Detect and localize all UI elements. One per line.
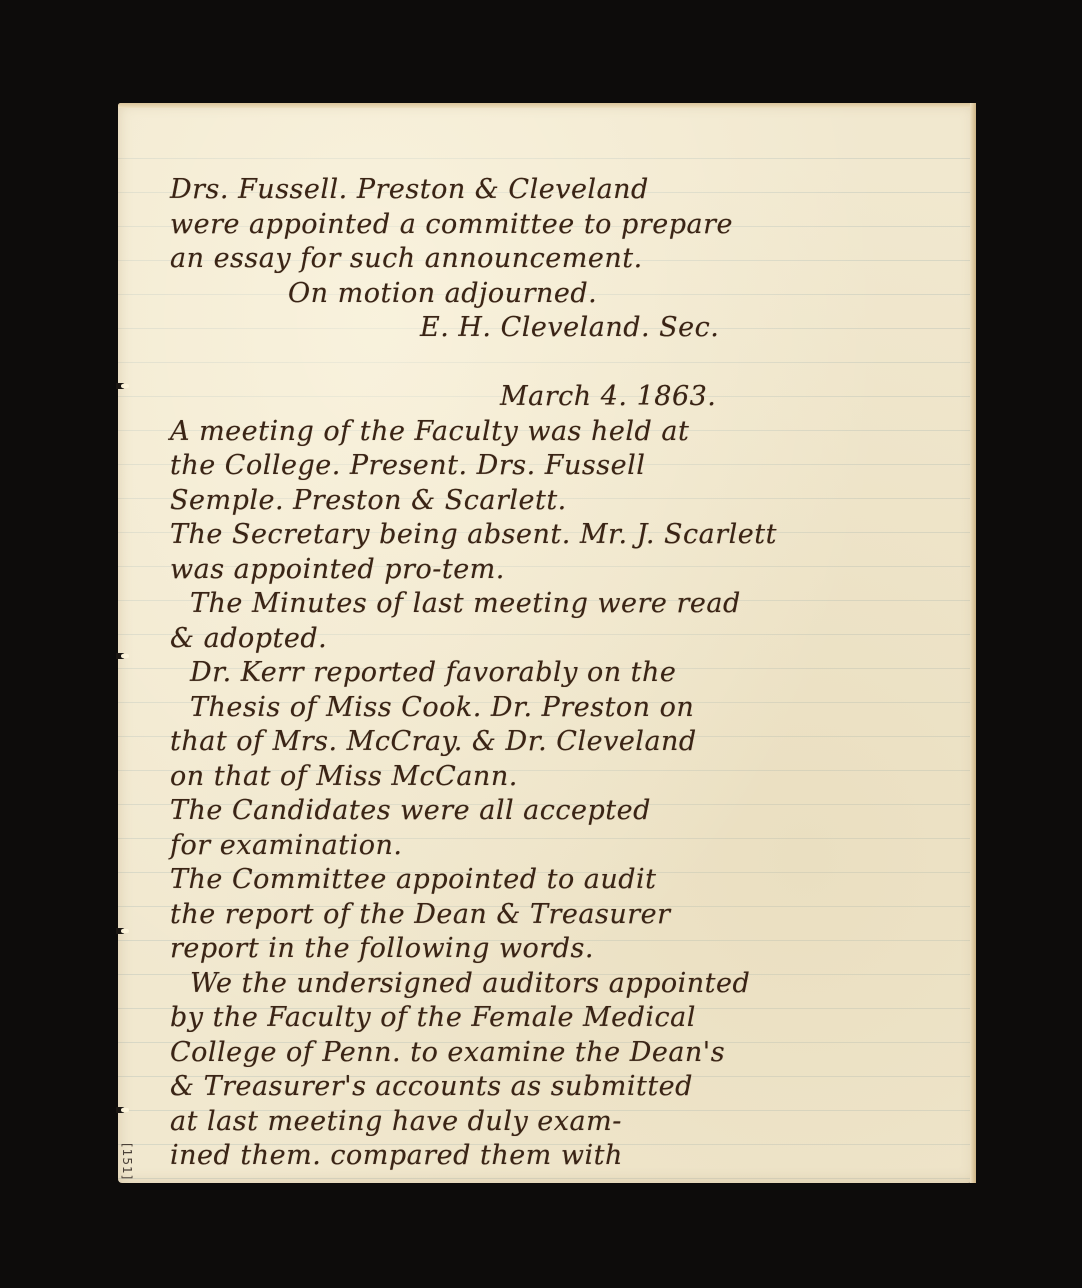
text-line: We the undersigned auditors appointed: [170, 967, 950, 1002]
text-line: was appointed pro-tem.: [170, 553, 950, 588]
text-line: A meeting of the Faculty was held at: [170, 415, 950, 450]
text-line: Thesis of Miss Cook. Dr. Preston on: [170, 691, 950, 726]
text-line: The Secretary being absent. Mr. J. Scarl…: [170, 518, 950, 553]
manuscript-page: Drs. Fussell. Preston & Cleveland were a…: [118, 103, 976, 1183]
text-line: The Minutes of last meeting were read: [170, 587, 950, 622]
signature-line: E. H. Cleveland. Sec.: [170, 311, 950, 346]
text-line: & adopted.: [170, 622, 950, 657]
text-line: & Treasurer's accounts as submitted: [170, 1070, 950, 1105]
text-line: the College. Present. Drs. Fussell: [170, 449, 950, 484]
page-right-edge: [970, 103, 976, 1183]
binding-notch: [116, 383, 125, 389]
binding-notch: [116, 928, 125, 934]
text-line: the report of the Dean & Treasurer: [170, 898, 950, 933]
text-line: report in the following words.: [170, 932, 950, 967]
text-line: Dr. Kerr reported favorably on the: [170, 656, 950, 691]
text-line: an essay for such announcement.: [170, 242, 950, 277]
binding-notch: [116, 653, 125, 659]
blank-line: [170, 346, 950, 381]
text-line: by the Faculty of the Female Medical: [170, 1001, 950, 1036]
binding-notch: [116, 1107, 125, 1113]
text-line: Drs. Fussell. Preston & Cleveland: [170, 173, 950, 208]
handwritten-text: Drs. Fussell. Preston & Cleveland were a…: [170, 173, 950, 1174]
text-line: on that of Miss McCann.: [170, 760, 950, 795]
text-line: for examination.: [170, 829, 950, 864]
text-line: that of Mrs. McCray. & Dr. Cleveland: [170, 725, 950, 760]
text-line: The Candidates were all accepted: [170, 794, 950, 829]
text-line: ined them. compared them with: [170, 1139, 950, 1174]
text-line: The Committee appointed to audit: [170, 863, 950, 898]
text-line: at last meeting have duly exam-: [170, 1105, 950, 1140]
date-heading: March 4. 1863.: [170, 380, 950, 415]
text-line: On motion adjourned.: [170, 277, 950, 312]
page-number-label: [151]: [120, 1143, 134, 1180]
text-line: Semple. Preston & Scarlett.: [170, 484, 950, 519]
text-line: were appointed a committee to prepare: [170, 208, 950, 243]
text-line: College of Penn. to examine the Dean's: [170, 1036, 950, 1071]
page-top-edge: [118, 103, 976, 108]
